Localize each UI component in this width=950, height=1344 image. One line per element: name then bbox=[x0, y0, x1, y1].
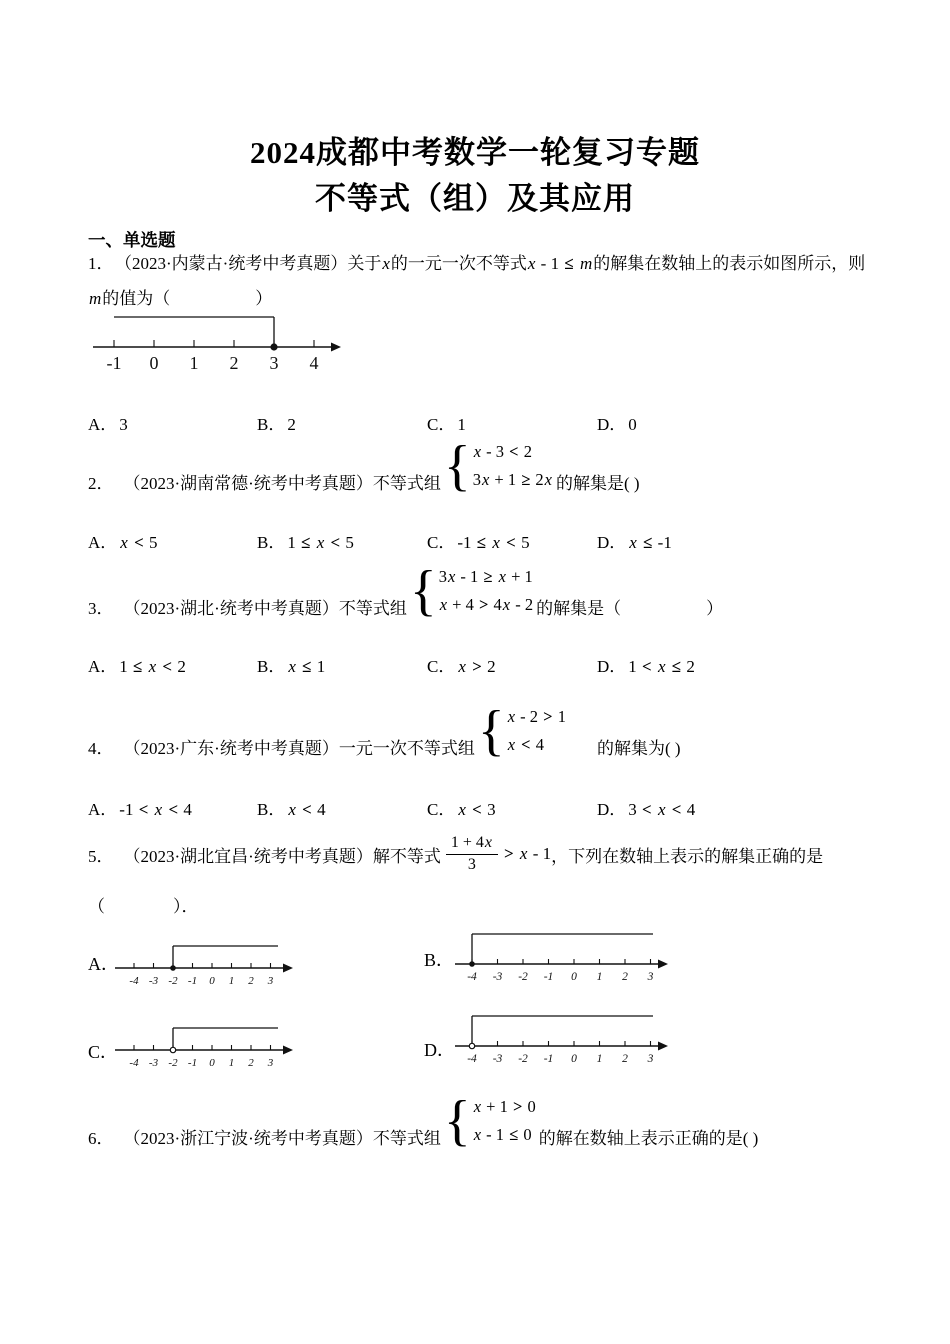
stem-text: 的解集是( ) bbox=[556, 469, 640, 494]
tick-label: 3 bbox=[270, 353, 279, 373]
numberline-figure-q5d: -4-3-2-10123 bbox=[454, 1008, 669, 1070]
numberline-figure-q5a: -4-3-2-10123 bbox=[114, 930, 294, 990]
question-1-options: A．3 B．2 C．1 D．0 bbox=[88, 410, 908, 438]
option-b: B．2 bbox=[257, 410, 296, 435]
question-1-stem: 1．（2023·内蒙古·统考中考真题）关于x的一元一次不等式x - 1 ≤ m的… bbox=[88, 252, 865, 276]
math-run: x - 1 ≤ m bbox=[527, 254, 593, 273]
brace: { bbox=[444, 1093, 471, 1149]
system-row: x + 1 > 0 bbox=[473, 1093, 536, 1121]
inequality-system: { x - 3 < 2 3x + 1 ≥ 2x bbox=[444, 438, 553, 494]
stem-text: 的解集在数轴上的表示如图所示，则 bbox=[593, 254, 865, 273]
tick-label: 3 bbox=[267, 1057, 274, 1069]
tick-label: -1 bbox=[107, 353, 122, 373]
tick-label: -3 bbox=[493, 1053, 503, 1065]
system-row: x - 3 < 2 bbox=[473, 438, 553, 466]
tick-label: -1 bbox=[188, 1057, 197, 1069]
option-label: D． bbox=[597, 800, 626, 819]
system-row: x - 2 > 1 bbox=[507, 703, 566, 731]
stem-text: （2023·湖北·统考中考真题）不等式组 bbox=[124, 594, 407, 619]
option-d: D．1 < x ≤ 2 bbox=[597, 652, 695, 677]
axis-arrow bbox=[283, 964, 293, 973]
stem-text: （2023·湖南常德·统考中考真题）不等式组 bbox=[124, 469, 441, 494]
tick-label: -2 bbox=[168, 1057, 178, 1069]
system-row: 3x - 1 ≥ x + 1 bbox=[439, 563, 533, 591]
question-number: 4． bbox=[88, 734, 114, 759]
stem-text: 的一元一次不等式 bbox=[391, 254, 527, 273]
fraction-numerator: 1 + 4x bbox=[446, 833, 498, 855]
tick-label: 4 bbox=[310, 353, 319, 373]
axis-arrow bbox=[331, 343, 341, 352]
option-value: 1 ≤ x < 5 bbox=[287, 533, 354, 552]
question-2-options: A．x < 5 B．1 ≤ x < 5 C．-1 ≤ x < 5 D．x ≤ -… bbox=[88, 528, 908, 556]
graph-option-b-label: B． bbox=[424, 946, 454, 972]
brace: { bbox=[478, 703, 505, 759]
tick-label: 0 bbox=[150, 353, 159, 373]
option-value: x < 4 bbox=[287, 800, 325, 819]
tick-label: 1 bbox=[229, 975, 235, 987]
tick-label: 2 bbox=[248, 975, 254, 987]
question-number: 6． bbox=[88, 1124, 114, 1149]
tick-label: 1 bbox=[597, 971, 603, 983]
tick-label: 2 bbox=[622, 1053, 628, 1065]
option-d: D．x ≤ -1 bbox=[597, 528, 672, 553]
tick-label: -3 bbox=[149, 1057, 159, 1069]
tick-label: 0 bbox=[571, 971, 577, 983]
option-value: 1 < x ≤ 2 bbox=[628, 657, 695, 676]
question-3-stem: 3． （2023·湖北·统考中考真题）不等式组 { 3x - 1 ≥ x + 1… bbox=[88, 563, 723, 619]
inequality-system: { x + 1 > 0 x - 1 ≤ 0 bbox=[444, 1093, 536, 1149]
system-row: 3x + 1 ≥ 2x bbox=[473, 466, 553, 494]
option-value: 3 bbox=[119, 415, 128, 434]
option-value: x ≤ 1 bbox=[287, 657, 325, 676]
question-5-stem-line2: （ ）． bbox=[88, 895, 199, 919]
question-2-stem: 2． （2023·湖南常德·统考中考真题）不等式组 { x - 3 < 2 3x… bbox=[88, 438, 640, 494]
option-value: x < 3 bbox=[457, 800, 495, 819]
system-rows: x + 1 > 0 x - 1 ≤ 0 bbox=[473, 1093, 536, 1149]
system-row: x - 1 ≤ 0 bbox=[473, 1121, 536, 1149]
system-rows: x - 2 > 1 x < 4 bbox=[507, 703, 566, 759]
stem-text: （2023·湖北宜昌·统考中考真题）解不等式 bbox=[124, 842, 441, 867]
tick-label: -3 bbox=[149, 975, 159, 987]
option-value: 2 bbox=[287, 415, 296, 434]
option-c: C．-1 ≤ x < 5 bbox=[427, 528, 530, 553]
system-rows: x - 3 < 2 3x + 1 ≥ 2x bbox=[473, 438, 553, 494]
option-d: D．3 < x < 4 bbox=[597, 795, 695, 820]
tick-label: -4 bbox=[467, 1053, 477, 1065]
fraction-denominator: 3 bbox=[446, 855, 498, 875]
option-b: B．x < 4 bbox=[257, 795, 326, 820]
endpoint-dot-filled bbox=[469, 961, 475, 967]
option-b: B．1 ≤ x < 5 bbox=[257, 528, 354, 553]
option-label: B． bbox=[257, 800, 285, 819]
question-number: 3． bbox=[88, 594, 114, 619]
question-4-options: A．-1 < x < 4 B．x < 4 C．x < 3 D．3 < x < 4 bbox=[88, 795, 908, 823]
option-value: 1 ≤ x < 2 bbox=[119, 657, 186, 676]
endpoint-dot-open bbox=[170, 1047, 175, 1052]
tick-label: -2 bbox=[168, 975, 178, 987]
option-label: C． bbox=[427, 657, 455, 676]
document-page: 2024成都中考数学一轮复习专题 不等式（组）及其应用 一、单选题 1．（202… bbox=[0, 0, 950, 1344]
endpoint-dot-open bbox=[469, 1043, 474, 1048]
tick-label: -4 bbox=[129, 1057, 139, 1069]
tick-label: 0 bbox=[571, 1053, 577, 1065]
option-label: D． bbox=[597, 533, 626, 552]
option-value: -1 ≤ x < 5 bbox=[457, 533, 529, 552]
tick-label: -4 bbox=[467, 971, 477, 983]
option-label: C． bbox=[427, 415, 455, 434]
option-value: 0 bbox=[628, 415, 637, 434]
question-number: 5． bbox=[88, 842, 114, 867]
brace: { bbox=[444, 438, 471, 494]
question-3-options: A．1 ≤ x < 2 B．x ≤ 1 C．x > 2 D．1 < x ≤ 2 bbox=[88, 652, 908, 680]
tick-label: -1 bbox=[544, 1053, 554, 1065]
option-label: D． bbox=[597, 657, 626, 676]
system-rows: 3x - 1 ≥ x + 1 x + 4 > 4x - 2 bbox=[439, 563, 533, 619]
tick-label: 2 bbox=[248, 1057, 254, 1069]
option-label: B． bbox=[257, 657, 285, 676]
tick-label: 2 bbox=[230, 353, 239, 373]
endpoint-dot-filled bbox=[170, 965, 176, 971]
option-a: A．x < 5 bbox=[88, 528, 158, 553]
tick-label: 2 bbox=[622, 971, 628, 983]
stem-text: ，下列在数轴上表示的解集正确的是 bbox=[551, 842, 823, 867]
option-c: C．1 bbox=[427, 410, 466, 435]
option-d: D．0 bbox=[597, 410, 637, 435]
stem-text: （2023·内蒙古·统考中考真题）关于 bbox=[124, 254, 382, 273]
option-label: B． bbox=[257, 533, 285, 552]
tick-label: -2 bbox=[518, 1053, 528, 1065]
question-number: 2． bbox=[88, 469, 114, 494]
option-a: A．-1 < x < 4 bbox=[88, 795, 192, 820]
option-label: A． bbox=[88, 800, 117, 819]
option-a: A．3 bbox=[88, 410, 128, 435]
tick-label: 3 bbox=[647, 1053, 654, 1065]
numberline-figure-q1: -101234 bbox=[92, 303, 342, 373]
option-label: B． bbox=[257, 415, 285, 434]
section-header: 一、单选题 bbox=[88, 227, 176, 252]
option-value: 3 < x < 4 bbox=[628, 800, 695, 819]
option-value: 1 bbox=[457, 415, 466, 434]
option-c: C．x < 3 bbox=[427, 795, 496, 820]
tick-label: 3 bbox=[647, 971, 654, 983]
stem-text: 的解集是（ ） bbox=[536, 594, 723, 619]
fraction: 1 + 4x 3 bbox=[446, 833, 498, 875]
tick-label: 1 bbox=[229, 1057, 235, 1069]
option-label: D． bbox=[597, 415, 626, 434]
option-value: x > 2 bbox=[457, 657, 495, 676]
inequality-system: { 3x - 1 ≥ x + 1 x + 4 > 4x - 2 bbox=[410, 563, 533, 619]
page-title-line2: 不等式（组）及其应用 bbox=[0, 178, 950, 220]
tick-label: 1 bbox=[190, 353, 199, 373]
stem-text: 的解在数轴上表示正确的是( ) bbox=[539, 1124, 759, 1149]
inequality-system: { x - 2 > 1 x < 4 bbox=[478, 703, 566, 759]
brace: { bbox=[410, 563, 437, 619]
tick-label: 3 bbox=[267, 975, 274, 987]
tick-label: -4 bbox=[129, 975, 139, 987]
math-run: > x - 1 bbox=[503, 844, 551, 864]
tick-label: -2 bbox=[518, 971, 528, 983]
option-label: A． bbox=[88, 657, 117, 676]
option-value: x < 5 bbox=[119, 533, 157, 552]
option-label: A． bbox=[88, 533, 117, 552]
option-label: C． bbox=[427, 800, 455, 819]
tick-label: -3 bbox=[493, 971, 503, 983]
option-b: B．x ≤ 1 bbox=[257, 652, 325, 677]
page-title-line1: 2024成都中考数学一轮复习专题 bbox=[0, 132, 950, 174]
option-a: A．1 ≤ x < 2 bbox=[88, 652, 186, 677]
graph-option-d-label: D． bbox=[424, 1036, 455, 1062]
math-run: x bbox=[381, 254, 391, 273]
option-label: A． bbox=[88, 415, 117, 434]
tick-label: 0 bbox=[209, 1057, 215, 1069]
question-5-stem: 5． （2023·湖北宜昌·统考中考真题）解不等式 1 + 4x 3 > x -… bbox=[88, 833, 823, 875]
option-c: C．x > 2 bbox=[427, 652, 496, 677]
endpoint-dot-filled bbox=[270, 343, 277, 350]
stem-text: （2023·广东·统考中考真题）一元一次不等式组 bbox=[124, 734, 475, 759]
axis-arrow bbox=[283, 1046, 293, 1055]
option-value: -1 < x < 4 bbox=[119, 800, 192, 819]
axis-arrow bbox=[658, 1042, 668, 1051]
question-6-stem: 6． （2023·浙江宁波·统考中考真题）不等式组 { x + 1 > 0 x … bbox=[88, 1093, 758, 1149]
axis-arrow bbox=[658, 960, 668, 969]
tick-label: 0 bbox=[209, 975, 215, 987]
option-label: C． bbox=[427, 533, 455, 552]
tick-label: -1 bbox=[544, 971, 554, 983]
tick-label: 1 bbox=[597, 1053, 603, 1065]
stem-text: （2023·浙江宁波·统考中考真题）不等式组 bbox=[124, 1124, 441, 1149]
system-row: x + 4 > 4x - 2 bbox=[439, 591, 533, 619]
system-row: x < 4 bbox=[507, 731, 566, 759]
stem-text: 的解集为( ) bbox=[597, 734, 681, 759]
question-4-stem: 4． （2023·广东·统考中考真题）一元一次不等式组 { x - 2 > 1 … bbox=[88, 703, 681, 759]
question-number: 1． bbox=[88, 254, 114, 273]
option-value: x ≤ -1 bbox=[628, 533, 672, 552]
numberline-figure-q5c: -4-3-2-10123 bbox=[114, 1014, 294, 1072]
numberline-figure-q5b: -4-3-2-10123 bbox=[454, 926, 669, 988]
tick-label: -1 bbox=[188, 975, 197, 987]
